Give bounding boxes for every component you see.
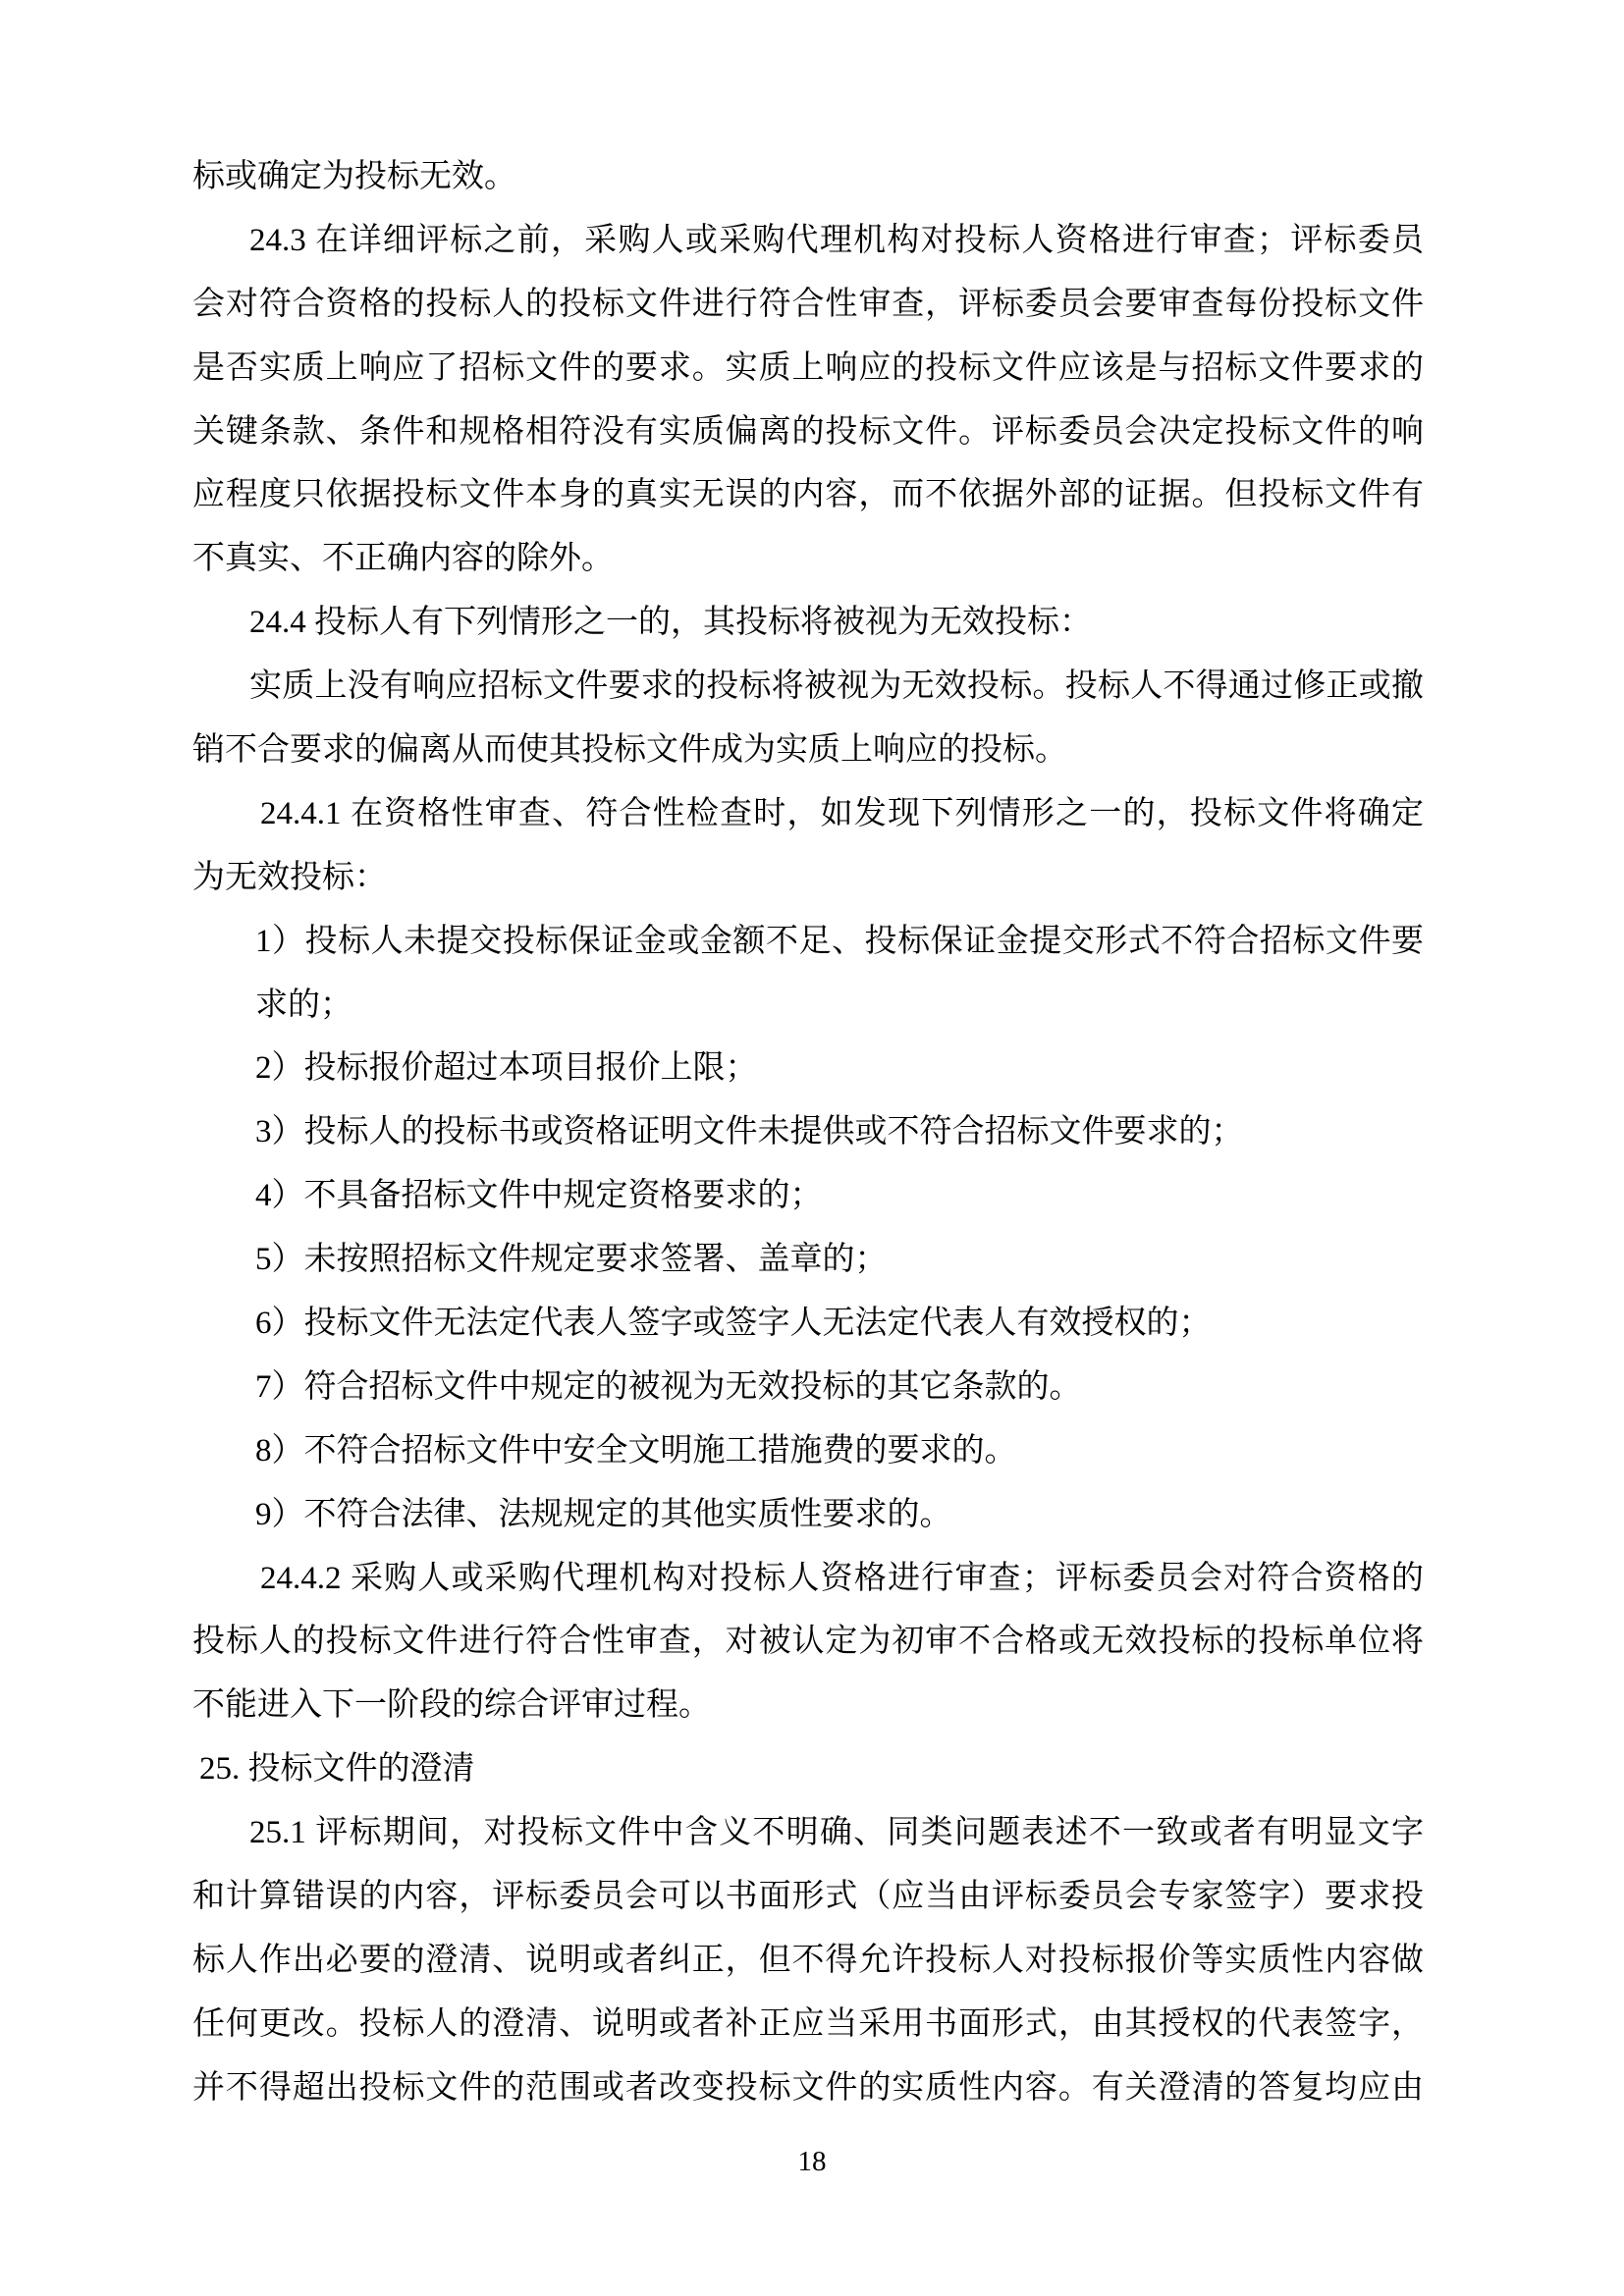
document-page: 标或确定为投标无效。 24.3 在详细评标之前，采购人或采购代理机构对投标人资格… [0,0,1624,2296]
doc-line: 销不合要求的偏离从而使其投标文件成为实质上响应的投标。 [192,719,1424,782]
doc-line: 并不得超出投标文件的范围或者改变投标文件的实质性内容。有关澄清的答复均应由 [192,2056,1424,2120]
doc-line: 实质上没有响应招标文件要求的投标将被视为无效投标。投标人不得通过修正或撤 [192,655,1424,719]
doc-line: 关键条款、条件和规格相符没有实质偏离的投标文件。评标委员会决定投标文件的响 [192,400,1424,464]
doc-line: 标或确定为投标无效。 [192,145,1424,209]
doc-line-list-item-3: 3）投标人的投标书或资格证明文件未提供或不符合招标文件要求的； [192,1100,1424,1164]
doc-line-heading-25: 25. 投标文件的澄清 [192,1737,1424,1801]
doc-line-list-item-8: 8）不符合招标文件中安全文明施工措施费的要求的。 [192,1419,1424,1483]
doc-line: 和计算错误的内容，评标委员会可以书面形式（应当由评标委员会专家签字）要求投 [192,1865,1424,1929]
doc-line: 是否实质上响应了招标文件的要求。实质上响应的投标文件应该是与招标文件要求的 [192,337,1424,400]
doc-line-list-item-6: 6）投标文件无法定代表人签字或签字人无法定代表人有效授权的； [192,1292,1424,1356]
doc-line-clause-24-3: 24.3 在详细评标之前，采购人或采购代理机构对投标人资格进行审查；评标委员 [192,209,1424,273]
doc-line: 应程度只依据投标文件本身的真实无误的内容，而不依据外部的证据。但投标文件有 [192,463,1424,527]
doc-line-clause-24-4: 24.4 投标人有下列情形之一的，其投标将被视为无效投标： [192,591,1424,655]
doc-line: 不能进入下一阶段的综合评审过程。 [192,1674,1424,1737]
doc-line: 任何更改。投标人的澄清、说明或者补正应当采用书面形式，由其授权的代表签字， [192,1993,1424,2056]
document-body: 标或确定为投标无效。 24.3 在详细评标之前，采购人或采购代理机构对投标人资格… [192,145,1424,2120]
doc-line: 标人作出必要的澄清、说明或者纠正，但不得允许投标人对投标报价等实质性内容做 [192,1929,1424,1993]
doc-line: 投标人的投标文件进行符合性审查，对被认定为初审不合格或无效投标的投标单位将 [192,1610,1424,1674]
doc-line-clause-24-4-1: 24.4.1 在资格性审查、符合性检查时，如发现下列情形之一的，投标文件将确定 [192,782,1424,846]
doc-line-list-item-7: 7）符合招标文件中规定的被视为无效投标的其它条款的。 [192,1356,1424,1419]
page-number: 18 [0,2145,1624,2178]
doc-line-clause-24-4-2: 24.4.2 采购人或采购代理机构对投标人资格进行审查；评标委员会对符合资格的 [192,1547,1424,1611]
doc-line: 为无效投标： [192,846,1424,910]
doc-line-list-item-5: 5）未按照招标文件规定要求签署、盖章的； [192,1228,1424,1292]
doc-line-list-item-9: 9）不符合法律、法规规定的其他实质性要求的。 [192,1483,1424,1547]
doc-line-list-item-1: 1）投标人未提交投标保证金或金额不足、投标保证金提交形式不符合招标文件要 [192,910,1424,974]
doc-line-list-item-4: 4）不具备招标文件中规定资格要求的； [192,1164,1424,1228]
doc-line: 会对符合资格的投标人的投标文件进行符合性审查，评标委员会要审查每份投标文件 [192,273,1424,337]
doc-line: 求的； [192,974,1424,1038]
doc-line-list-item-2: 2）投标报价超过本项目报价上限； [192,1037,1424,1100]
doc-line-clause-25-1: 25.1 评标期间，对投标文件中含义不明确、同类问题表述不一致或者有明显文字 [192,1801,1424,1865]
doc-line: 不真实、不正确内容的除外。 [192,527,1424,591]
